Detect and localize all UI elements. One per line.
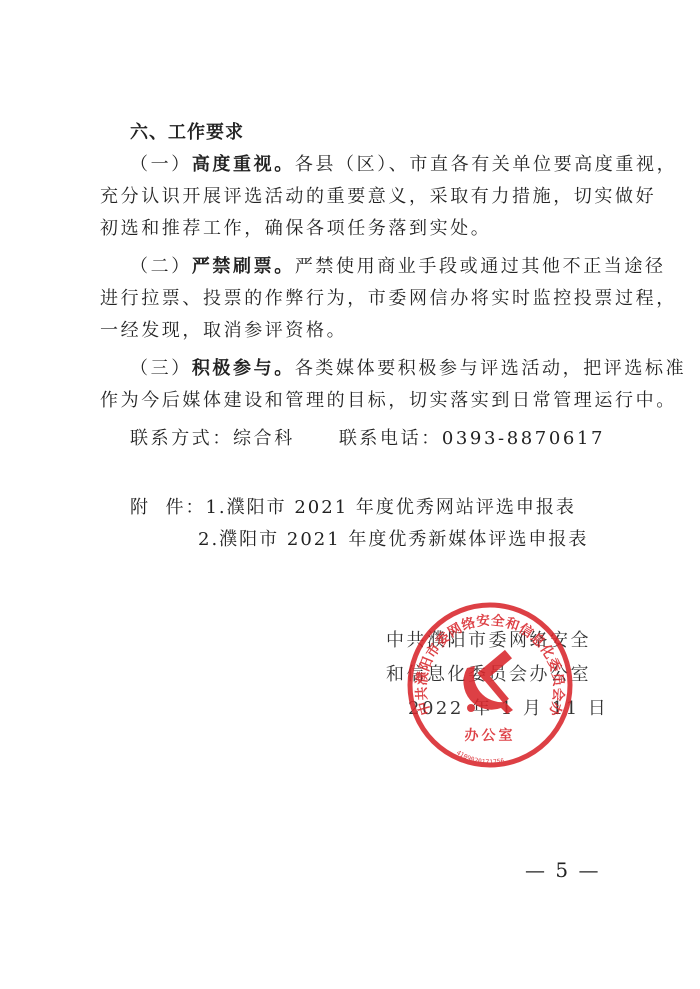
contact-method-value: 综合科 xyxy=(233,428,295,449)
paragraph-3-line-2: 作为今后媒体建设和管理的目标，切实落实到日常管理运行中。 xyxy=(100,386,615,416)
attachment-label: 附 件： xyxy=(130,497,205,518)
attachment-item-1: 1.濮阳市 2021 年度优秀网站评选申报表 xyxy=(205,497,575,518)
contact-phone-value: 0393-8870617 xyxy=(442,428,605,449)
paragraph-1-text: 各县（区）、市直各有关单位要高度重视， xyxy=(295,154,677,175)
attachment-line-1: 附 件：1.濮阳市 2021 年度优秀网站评选申报表 xyxy=(130,493,645,523)
document-page: 六、工作要求 （一）高度重视。各县（区）、市直各有关单位要高度重视， 充分认识开… xyxy=(0,0,700,989)
paragraph-1-line-1: （一）高度重视。各县（区）、市直各有关单位要高度重视， xyxy=(130,150,645,180)
paragraph-1-label: （一） xyxy=(130,154,192,175)
party-emblem-icon xyxy=(463,650,513,714)
page-number: — 5 — xyxy=(525,858,600,882)
paragraph-3-line-1: （三）积极参与。各类媒体要积极参与评选活动，把评选标准 xyxy=(130,354,645,384)
attachment-item-2: 2.濮阳市 2021 年度优秀新媒体评选申报表 xyxy=(198,529,588,550)
paragraph-2-text: 严禁使用商业手段或通过其他不正当途径 xyxy=(295,256,666,277)
paragraph-3-label: （三） xyxy=(130,358,192,379)
paragraph-2-line-1: （二）严禁刷票。严禁使用商业手段或通过其他不正当途径 xyxy=(130,252,645,282)
paragraph-3-title: 积极参与。 xyxy=(192,358,295,379)
paragraph-2-line-3: 一经发现，取消参评资格。 xyxy=(100,316,615,346)
contact-method-label: 联系方式： xyxy=(130,428,233,449)
svg-text:4109020171756: 4109020171756 xyxy=(455,749,505,767)
paragraph-1-line-3: 初选和推荐工作，确保各项任务落到实处。 xyxy=(100,214,615,244)
contact-line: 联系方式：综合科联系电话：0393-8870617 xyxy=(130,424,645,454)
paragraph-2-title: 严禁刷票。 xyxy=(192,256,295,277)
svg-text:办公室: 办公室 xyxy=(465,727,516,744)
attachment-line-2: 2.濮阳市 2021 年度优秀新媒体评选申报表 xyxy=(198,525,700,555)
paragraph-3-text: 各类媒体要积极参与评选活动，把评选标准 xyxy=(295,358,686,379)
paragraph-1-line-2: 充分认识开展评选活动的重要意义，采取有力措施，切实做好 xyxy=(100,182,615,212)
official-seal-icon: 中共濮阳市委网络安全和信息化委员会办公室 办公室 4109020171756 xyxy=(405,600,575,770)
paragraph-1-title: 高度重视。 xyxy=(192,154,295,175)
paragraph-2-label: （二） xyxy=(130,256,192,277)
section-heading: 六、工作要求 xyxy=(130,118,645,148)
contact-phone-label: 联系电话： xyxy=(339,428,442,449)
paragraph-2-line-2: 进行拉票、投票的作弊行为，市委网信办将实时监控投票过程， xyxy=(100,284,615,314)
